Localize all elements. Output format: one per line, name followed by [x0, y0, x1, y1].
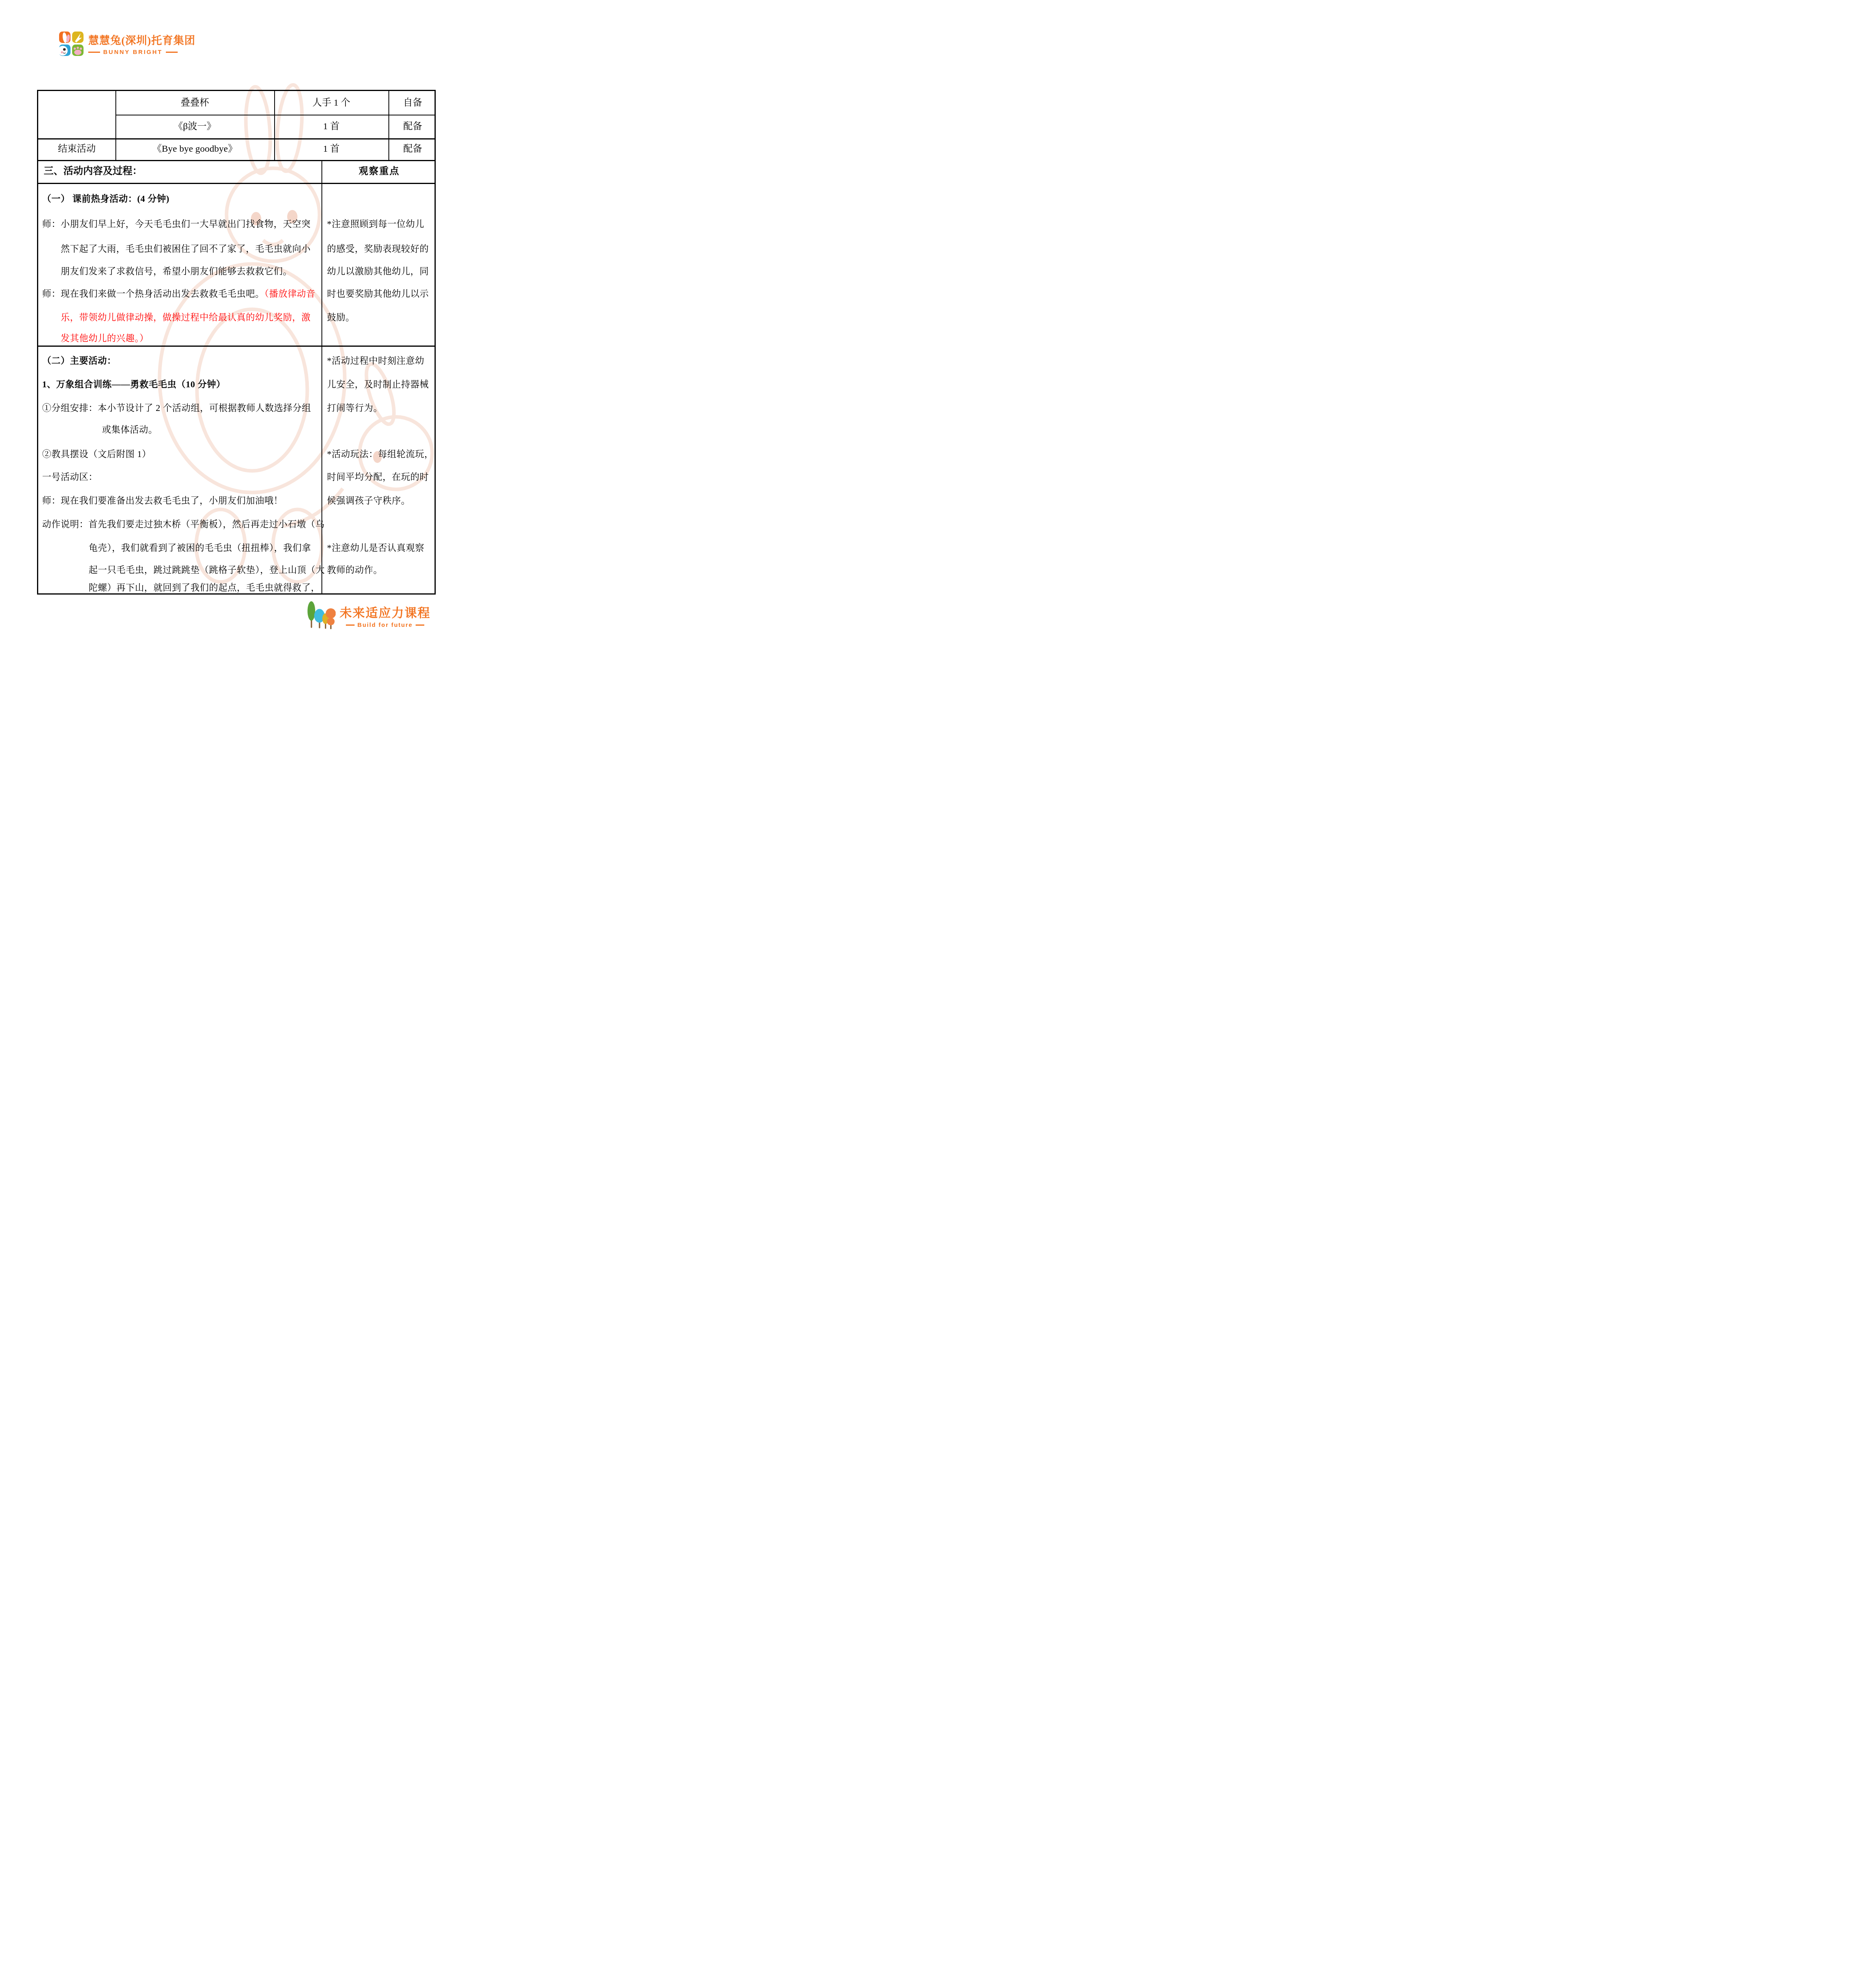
content-line: 师：现在我们要准备出发去救毛毛虫了，小朋友们加油哦！ — [42, 495, 283, 506]
document-page: { "logo_top": { "name_cn": "慧慧兔(深圳)托育集团"… — [0, 0, 469, 663]
content-line: 然下起了大雨，毛毛虫们被困住了回不了家了，毛毛虫就向小 — [61, 243, 311, 255]
equipment-name: 《β波一》 — [115, 115, 274, 138]
equipment-qty: 人手 1 个 — [274, 91, 388, 115]
header-logo: 慧慧兔(深圳)托育集团 BUNNY BRIGHT — [59, 32, 195, 56]
content-line: *注意照顾到每一位幼儿 — [327, 219, 424, 230]
content-line: 教师的动作。 — [327, 565, 383, 576]
equipment-source: 配备 — [388, 115, 437, 138]
content-line: 时也要奖励其他幼儿以示 — [327, 288, 429, 299]
row-divider — [38, 183, 435, 184]
trees-icon — [307, 600, 336, 630]
content-line: 儿安全，及时制止持器械 — [327, 379, 429, 390]
content-line: *活动玩法：每组轮流玩， — [327, 449, 434, 460]
content-line: 打闹等行为。 — [327, 403, 383, 414]
content-line: 的感受，奖励表现较好的 — [327, 243, 429, 255]
content-line: 候强调孩子守秩序。 — [327, 495, 410, 506]
content-line: 时间平均分配，在玩的时 — [327, 472, 429, 483]
footer-logo: 未来适应力课程 Build for future — [307, 600, 431, 630]
content-line: 师：现在我们来做一个热身活动出发去救救毛毛虫吧。（播放律动音 — [42, 288, 316, 299]
content-line: 龟壳），我们就看到了被困的毛毛虫（扭扭棒），我们拿 — [89, 543, 311, 554]
equipment-name: 《Bye bye goodbye》 — [115, 138, 274, 160]
company-name-cn: 慧慧兔(深圳)托育集团 — [88, 32, 195, 47]
content-line: （二）主要活动： — [42, 355, 116, 366]
equipment-source: 自备 — [388, 91, 437, 115]
content-line: 起一只毛毛虫，跳过跳跳垫（跳格子软垫），登上山顶（大 — [89, 565, 325, 576]
content-line: 或集体活动。 — [102, 424, 158, 435]
logo-dash-left — [88, 52, 100, 53]
content-line: 发其他幼儿的兴趣。） — [61, 333, 149, 344]
equipment-qty: 1 首 — [274, 138, 388, 160]
course-name-en: Build for future — [357, 622, 412, 628]
content-line: 师：小朋友们早上好，今天毛毛虫们一大早就出门找食物，天空突 — [42, 219, 311, 230]
observation-column-title: 观察重点 — [321, 160, 437, 183]
lesson-plan-table: 叠叠杯 人手 1 个 自备 《β波一》 1 首 配备 结束活动 《Bye bye… — [37, 90, 436, 595]
company-name-en: BUNNY BRIGHT — [103, 49, 163, 56]
section-divider — [38, 346, 435, 347]
content-line: 鼓励。 — [327, 312, 355, 323]
content-line: *注意幼儿是否认真观察 — [327, 543, 424, 554]
content-line: （一） 课前热身活动：(4 分钟) — [42, 193, 169, 204]
content-line: 乐，带领幼儿做律动操，做操过程中给最认真的幼儿奖励，激 — [61, 312, 311, 323]
section-title: 三、活动内容及过程： — [44, 160, 142, 183]
course-name-cn: 未来适应力课程 — [340, 603, 431, 621]
bunny-bright-icon — [59, 32, 84, 56]
content-line: 动作说明：首先我们要走过独木桥（平衡板），然后再走过小石墩（乌 — [42, 519, 325, 530]
content-line: 陀螺）再下山，就回到了我们的起点，毛毛虫就得救了， — [89, 582, 320, 593]
equipment-source: 配备 — [388, 138, 437, 160]
logo-dash-right — [416, 624, 424, 626]
content-line: ②教具摆设（文后附图 1） — [42, 449, 151, 460]
activity-stage: 结束活动 — [38, 138, 115, 160]
equipment-qty: 1 首 — [274, 115, 388, 138]
content-line: 幼儿以激励其他幼儿，同 — [327, 266, 429, 277]
content-line: 1、万象组合训练——勇救毛毛虫（10 分钟） — [42, 379, 225, 390]
logo-dash-right — [166, 52, 178, 53]
logo-dash-left — [346, 624, 355, 626]
content-line: 朋友们发来了求救信号，希望小朋友们能够去救救它们。 — [61, 266, 292, 277]
equipment-name: 叠叠杯 — [115, 91, 274, 115]
content-line: *活动过程中时刻注意幼 — [327, 355, 424, 366]
content-line: ①分组安排：本小节设计了 2 个活动组，可根据教师人数选择分组 — [42, 403, 311, 414]
content-line: 一号活动区： — [42, 472, 98, 483]
